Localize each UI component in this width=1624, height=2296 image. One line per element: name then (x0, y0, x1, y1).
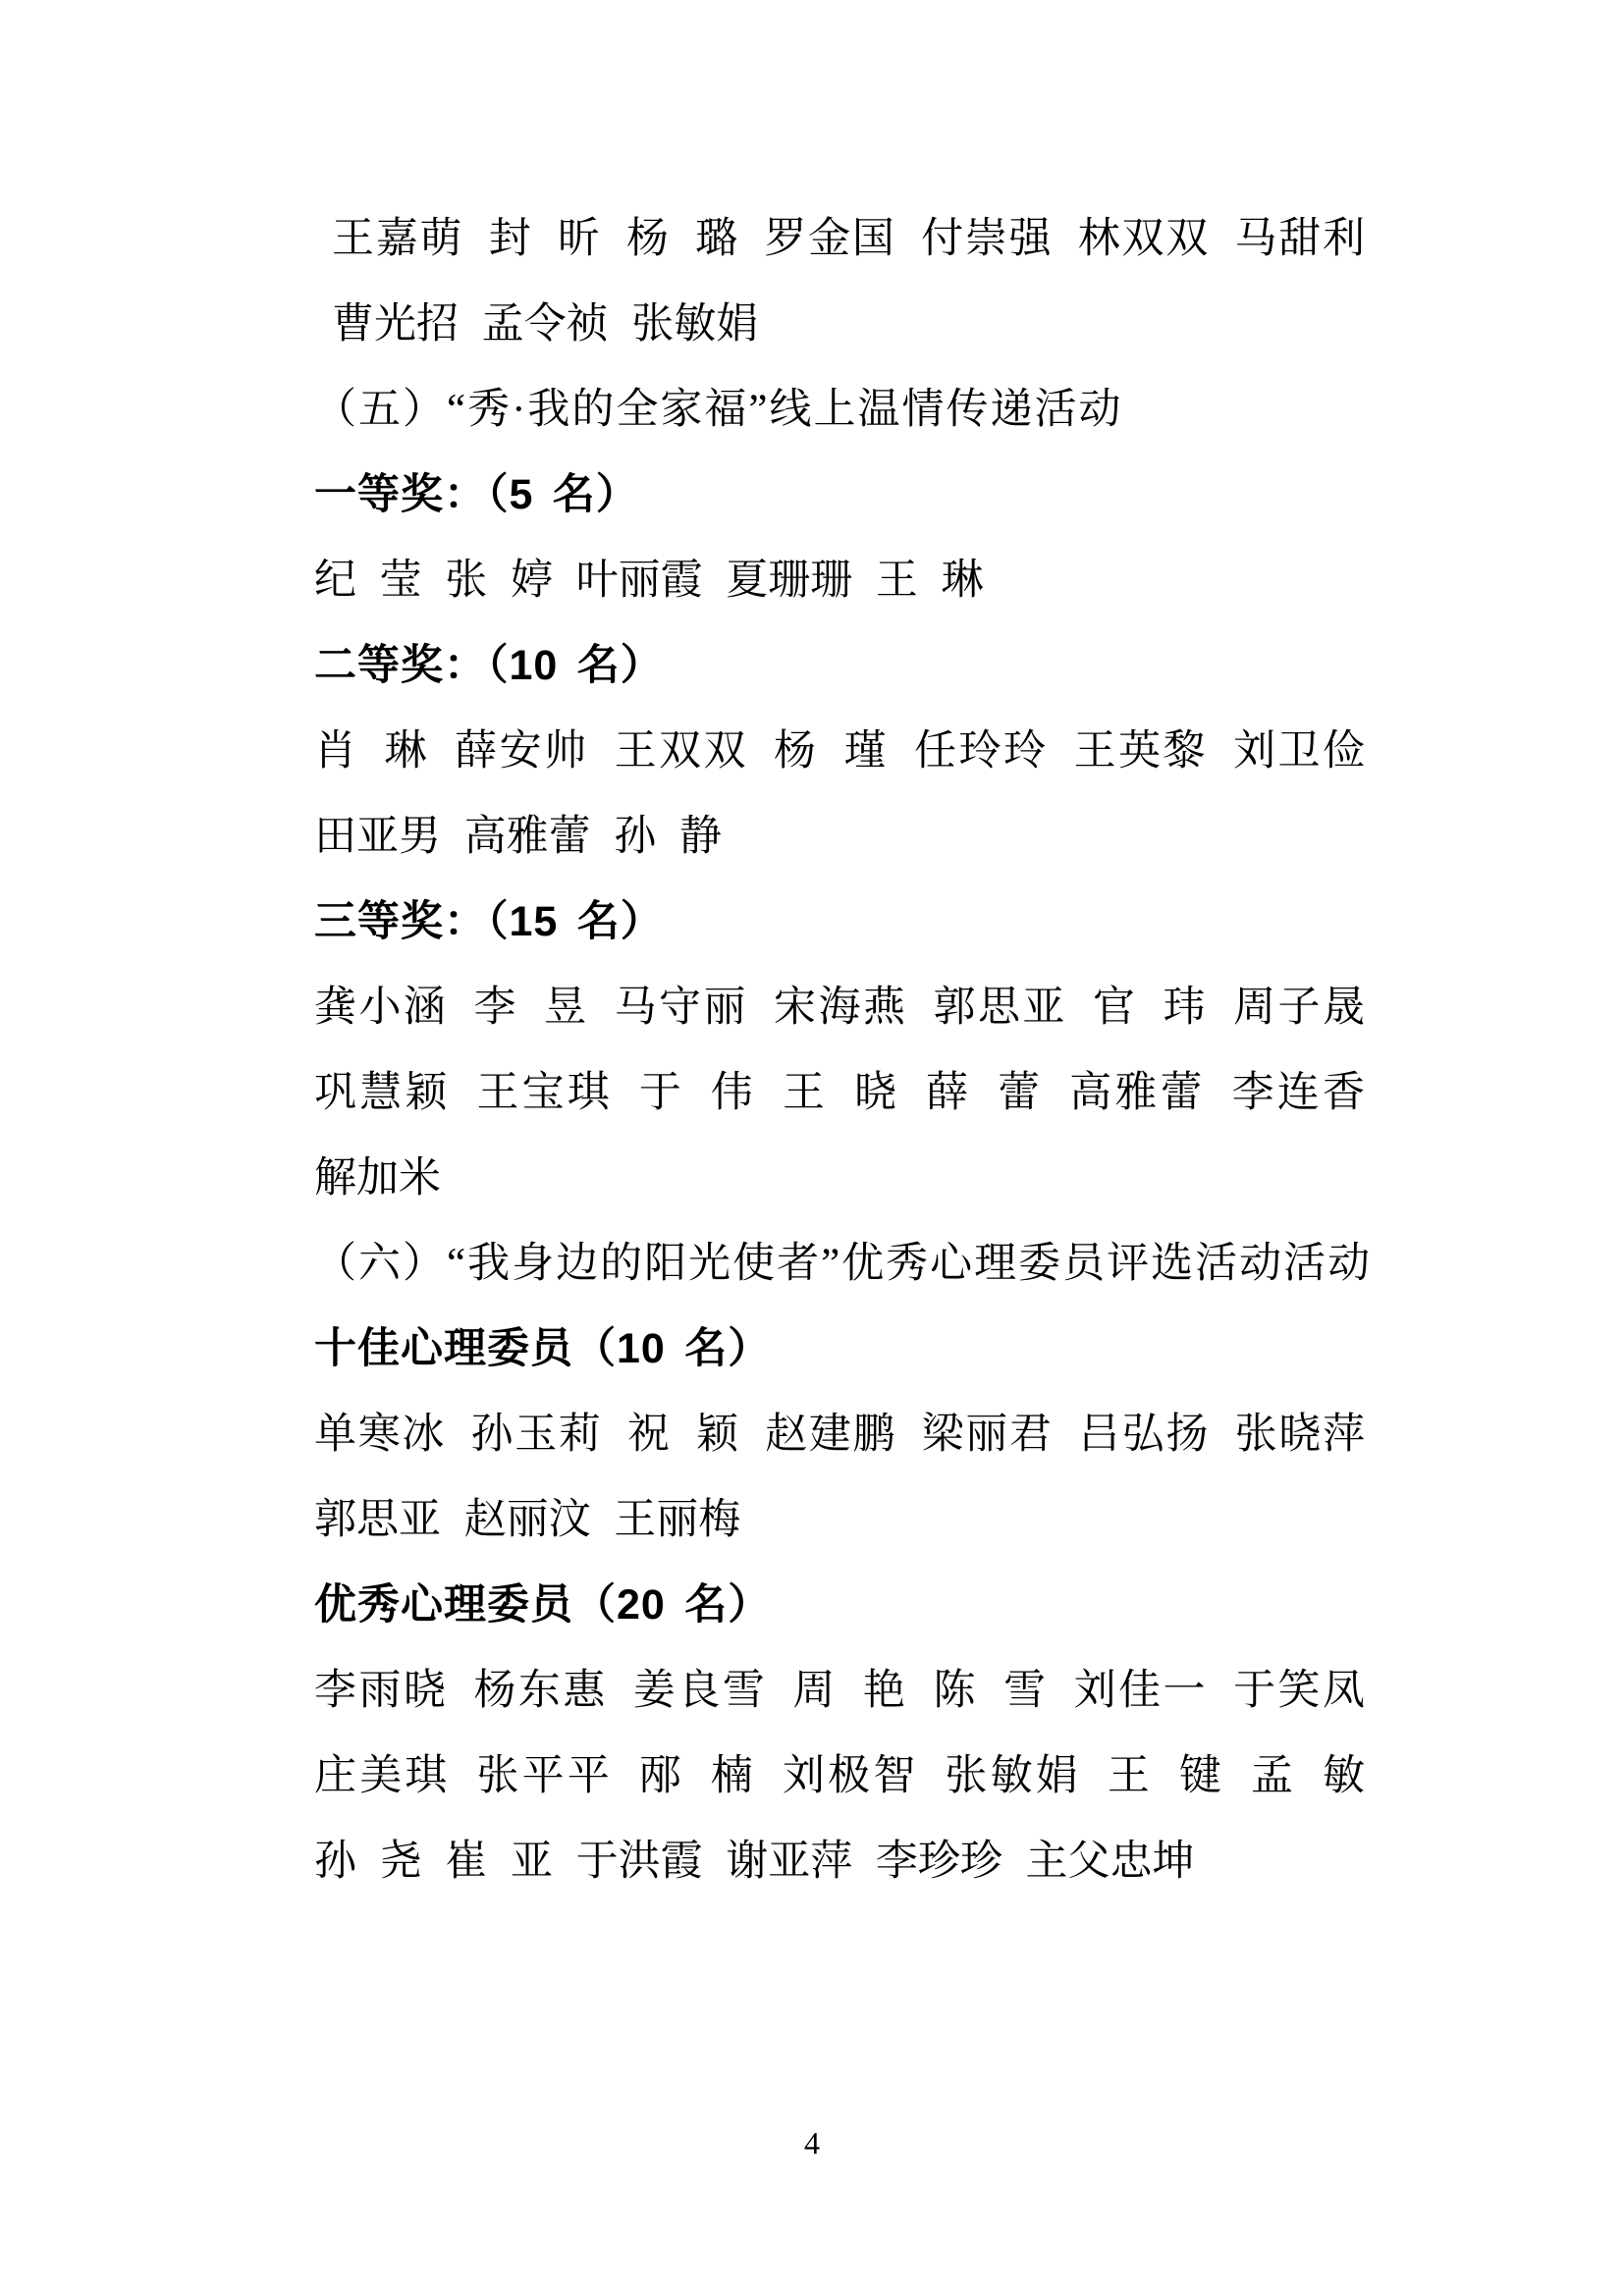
top-ten-heading: 十佳心理委员（10 名） (314, 1307, 1365, 1392)
names-row: 庄美琪 张平平 邴 楠 刘极智 张敏娟 王 键 孟 敏 (314, 1734, 1365, 1819)
names-row: 田亚男 高雅蕾 孙 静 (314, 794, 1365, 880)
names-row: 郭思亚 赵丽汶 王丽梅 (314, 1477, 1365, 1563)
names-row: 巩慧颖 王宝琪 于 伟 王 晓 薛 蕾 高雅蕾 李连香 (314, 1050, 1365, 1136)
names-row: 解加米 (314, 1136, 1365, 1221)
page-number: 4 (0, 2118, 1624, 2167)
names-row: 纪 莹 张 婷 叶丽霞 夏珊珊 王 琳 (314, 538, 1365, 623)
section-6-heading: （六）“我身边的阳光使者”优秀心理委员评选活动活动 (314, 1221, 1365, 1307)
third-prize-heading: 三等奖：（15 名） (314, 880, 1365, 965)
names-row: 孙 尧 崔 亚 于洪霞 谢亚萍 李珍珍 主父忠坤 (314, 1819, 1365, 1904)
names-row: 肖 琳 薛安帅 王双双 杨 瑾 任玲玲 王英黎 刘卫俭 (314, 709, 1365, 794)
document-page: 王嘉萌 封 昕 杨 璐 罗金国 付崇强 林双双 马甜利 曹光招 孟令祯 张敏娟 … (0, 0, 1624, 2296)
first-prize-heading: 一等奖：（5 名） (314, 453, 1365, 538)
section-5-heading: （五）“秀·我的全家福”线上温情传递活动 (314, 367, 1365, 453)
document-body: 王嘉萌 封 昕 杨 璐 罗金国 付崇强 林双双 马甜利 曹光招 孟令祯 张敏娟 … (314, 196, 1365, 1904)
names-row: 王嘉萌 封 昕 杨 璐 罗金国 付崇强 林双双 马甜利 (314, 196, 1365, 282)
names-row: 李雨晓 杨东惠 姜良雪 周 艳 陈 雪 刘佳一 于笑凤 (314, 1648, 1365, 1734)
names-row: 单寒冰 孙玉莉 祝 颖 赵建鹏 梁丽君 吕弘扬 张晓萍 (314, 1392, 1365, 1477)
names-row: 曹光招 孟令祯 张敏娟 (314, 282, 1365, 367)
second-prize-heading: 二等奖：（10 名） (314, 623, 1365, 709)
names-row: 龚小涵 李 昱 马守丽 宋海燕 郭思亚 官 玮 周子晟 (314, 965, 1365, 1050)
excellent-heading: 优秀心理委员（20 名） (314, 1563, 1365, 1648)
